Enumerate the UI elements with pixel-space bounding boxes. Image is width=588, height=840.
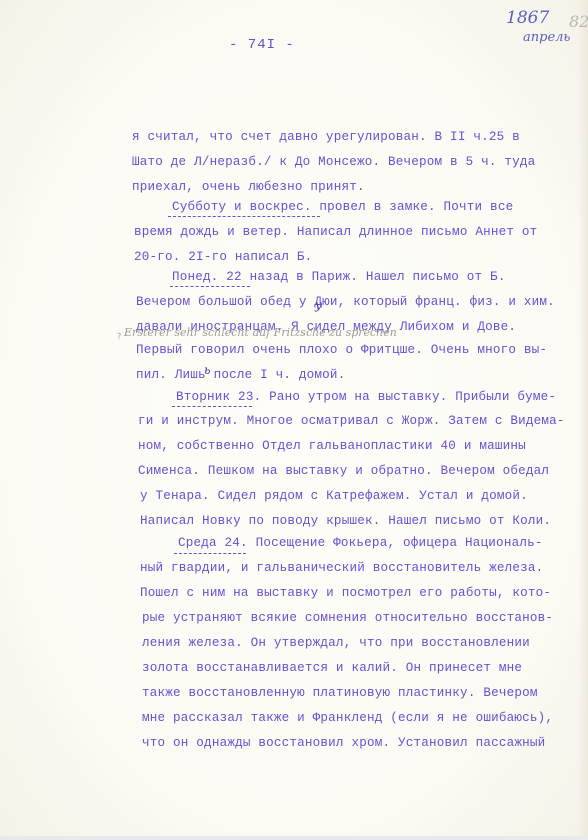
handwritten-month: апрель (523, 30, 571, 45)
text-line: ный гвардии, и гальванический восстанови… (140, 561, 543, 575)
underline-tuesday (172, 406, 252, 407)
text-line: Первый говорил очень плохо о Фритцше. Оч… (136, 343, 547, 357)
page-edge-shadow (578, 0, 588, 840)
text-line: мне рассказал также и Франкленд (если я … (142, 711, 553, 725)
text-line-monday: Понед. 22 назад в Париж. Нашел письмо от… (172, 270, 506, 284)
text-line: ления железа. Он утверждал, что при восс… (142, 636, 530, 650)
text-line: что он однажды восстановил хром. Установ… (142, 736, 545, 750)
document-page: - 74I - 1867 82 апрель я считал, что сче… (0, 0, 588, 840)
underline-wednesday (174, 553, 246, 554)
text-line: также восстановленную платиновую пластин… (142, 686, 538, 700)
text-line-tuesday: Вторник 23. Рано утром на выставку. Приб… (176, 390, 556, 404)
page-bottom-edge (0, 836, 588, 840)
text-line: рые устраняют всякие сомнения относитель… (142, 611, 553, 625)
text-line: ном, собственно Отдел гальванопластики 4… (138, 439, 526, 453)
page-number: - 74I - (229, 37, 295, 53)
archive-number: 82 (569, 12, 588, 31)
text-line: пил. Лишь после I ч. домой. (136, 368, 345, 382)
text-line: Шато де Л/неразб./ к До Монсежо. Вечером… (132, 155, 535, 169)
text-line: у Тенара. Сидел рядом с Катрефажем. Уста… (140, 489, 528, 503)
text-line-saturday: Субботу и воскрес. провел в замке. Почти… (172, 200, 513, 214)
text-line: Сименса. Пешком на выставку и обратно. В… (138, 464, 549, 478)
text-line: золота восстанавливается и калий. Он при… (142, 661, 522, 675)
underline-monday (170, 286, 250, 287)
ink-correction-dyui: у (315, 298, 322, 312)
text-line: 20-го. 2I-го написал Б. (134, 250, 312, 264)
text-line: Вечером большой обед у Дюи, который фран… (136, 295, 555, 309)
text-line: время дождь и ветер. Написал длинное пис… (134, 225, 537, 239)
margin-mark: ? (117, 332, 121, 341)
handwritten-year: 1867 (506, 8, 549, 28)
text-line: я считал, что счет давно урегулирован. В… (132, 130, 520, 144)
underline-saturday (168, 216, 320, 217)
text-line-wednesday: Среда 24. Посещение Фокьера, офицера Нац… (178, 536, 543, 550)
text-line: Пошел с ним на выставку и посмотрел его … (140, 586, 551, 600)
text-line: приехал, очень любезно принят. (132, 180, 365, 194)
text-line: ги и инструм. Многое осматривал с Жорж. … (138, 414, 565, 428)
text-line: Написал Новку по поводу крышек. Нашел пи… (140, 514, 551, 528)
margin-note-handwritten: Ersterer sehr schlecht auf Fritzsche zu … (124, 326, 397, 339)
ink-correction-lish: ь (204, 363, 211, 377)
